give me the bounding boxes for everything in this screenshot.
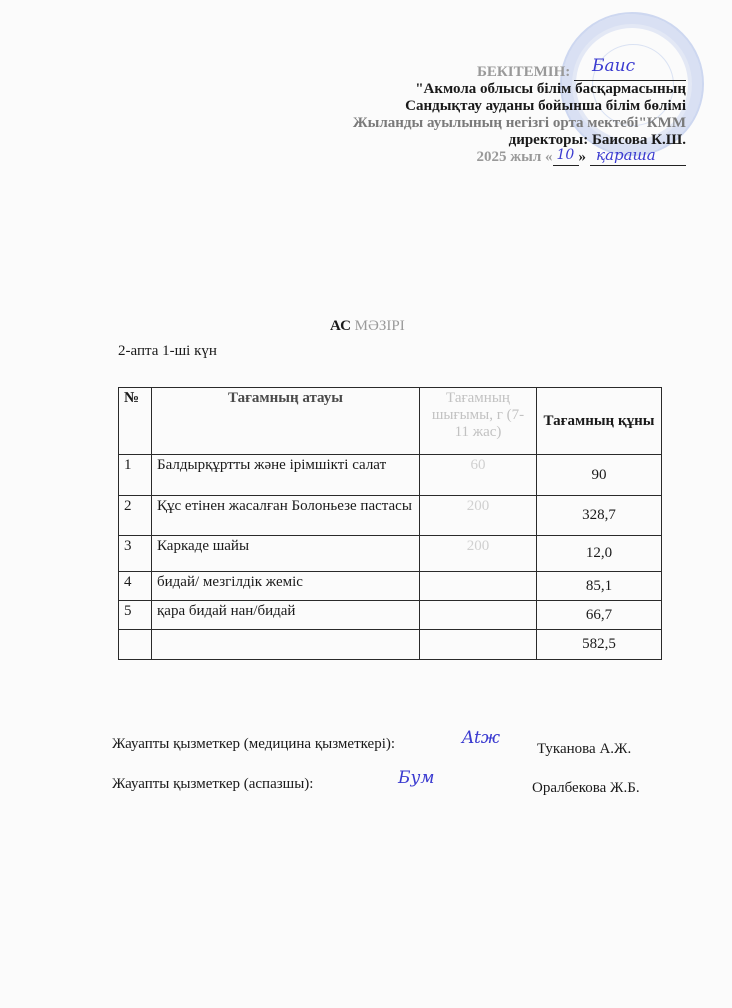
header-dish-price: Тағамның құны [537,388,662,455]
table-header-row: № Тағамның атауы Тағамның шығымы, г (7-1… [119,388,662,455]
table-row: 5 қара бидай нан/бидай 66,7 [119,601,662,630]
date-month: қараша [596,147,656,164]
responsible-cook-name: Оралбекова Ж.Б. [532,780,640,797]
director-signature: Баис [592,58,635,75]
total-price: 582,5 [537,630,662,660]
responsible-medical-label: Жауапты қызметкер (медицина қызметкері): [112,736,395,753]
responsible-medical-name: Туканова А.Ж. [537,741,631,758]
approval-date: 2025 жыл «10»қараша [353,149,686,166]
header-dish-weight: Тағамның шығымы, г (7-11 жас) [420,388,537,455]
approval-block: БЕКІТЕМІН: Баис "Акмола облысы білім бас… [353,64,686,166]
table-row: 2 Құс етінен жасалған Болоньезе пастасы … [119,496,662,536]
approval-line-3: Жыланды ауылының негізгі орта мектебі"КМ… [353,115,686,132]
table-row: 3 Каркаде шайы 200 12,0 [119,536,662,572]
header-number: № [119,388,152,455]
approval-line-2: Сандықтау ауданы бойынша білім бөлімі [353,98,686,115]
menu-table: № Тағамның атауы Тағамның шығымы, г (7-1… [118,387,662,660]
medical-signature: Atж [462,728,500,748]
page-title: АС МӘЗІРІ [330,318,405,335]
approval-line-1: "Акмола облысы білім басқармасының [353,81,686,98]
director-signature-line: Баис [574,64,686,81]
table-row: 1 Балдырқұртты және ірімшікті салат 60 9… [119,455,662,496]
cook-signature: Бум [398,768,434,788]
table-row: 4 бидай/ мезгілдік жеміс 85,1 [119,572,662,601]
date-day: 10 [557,147,575,164]
approval-heading: БЕКІТЕМІН: Баис [353,64,686,81]
responsible-cook-label: Жауапты қызметкер (аспазшы): [112,776,313,793]
menu-subtitle: 2-апта 1-ші күн [118,343,217,360]
table-total-row: 582,5 [119,630,662,660]
header-dish-name: Тағамның атауы [152,388,420,455]
